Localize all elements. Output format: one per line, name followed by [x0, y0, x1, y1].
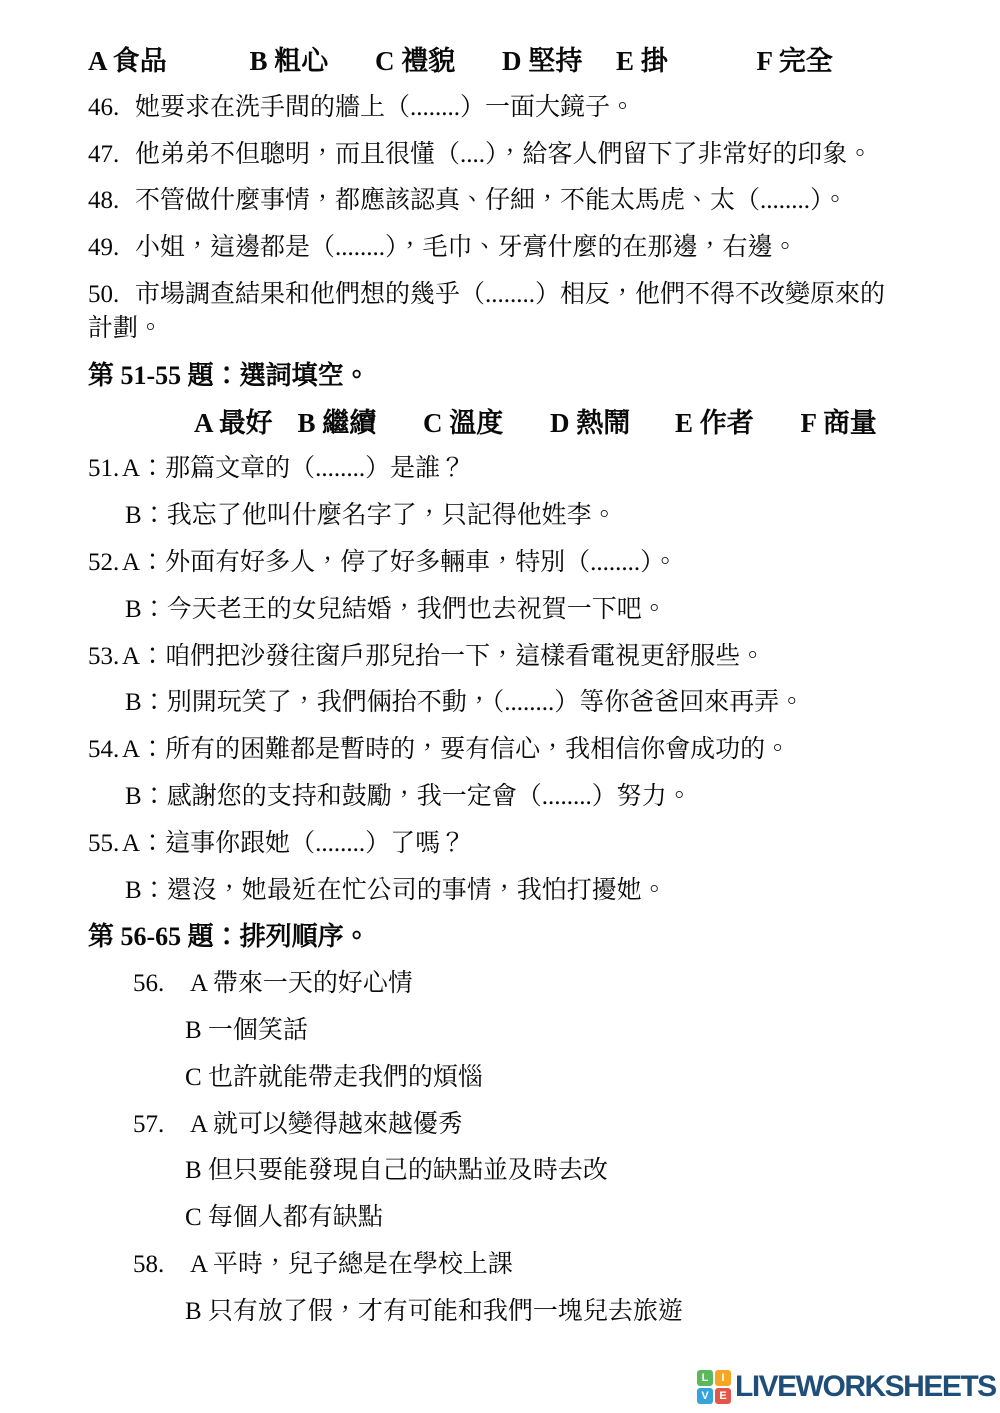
- question-number: 57.: [133, 1108, 190, 1142]
- option-text: C 也許就能帶走我們的煩惱: [185, 1064, 483, 1091]
- word-bank-option-a: A 食品: [88, 44, 167, 78]
- question-56-option-a: 56.A 帶來一天的好心情: [133, 967, 993, 1001]
- dialogue-text: 別開玩笑了，我們倆抬不動，（........）等你爸爸回來再弄。: [167, 689, 805, 716]
- question-46: 46.她要求在洗手間的牆上（........）一面大鏡子。: [88, 91, 948, 125]
- option-text: A 就可以變得越來越優秀: [190, 1111, 463, 1138]
- word-bank-option-c: C 禮貌: [375, 44, 455, 78]
- question-number: 51.: [88, 452, 122, 486]
- speaker-b-label: B：: [125, 596, 167, 623]
- speaker-b-label: B：: [125, 877, 167, 904]
- dialogue-text: 還沒，她最近在忙公司的事情，我怕打擾她。: [167, 877, 667, 904]
- option-text: B 但只要能發現自己的缺點並及時去改: [185, 1157, 608, 1184]
- liveworksheets-wordmark: LIVEWORKSHEETS: [735, 1370, 996, 1404]
- option-text: A 帶來一天的好心情: [190, 970, 413, 997]
- question-number: 48.: [88, 184, 135, 218]
- question-number: 55.: [88, 827, 122, 861]
- option-text: A 平時，兒子總是在學校上課: [190, 1251, 513, 1278]
- question-57-option-b: B 但只要能發現自己的缺點並及時去改: [185, 1154, 1000, 1188]
- question-52-line-b: B：今天老王的女兒結婚，我們也去祝賀一下吧。: [125, 593, 985, 627]
- question-58-option-b: B 只有放了假，才有可能和我們一塊兒去旅遊: [185, 1295, 1000, 1329]
- question-number: 56.: [133, 967, 190, 1001]
- speaker-a-label: A：: [122, 643, 165, 670]
- logo-square-e: E: [715, 1388, 731, 1404]
- question-number: 54.: [88, 733, 122, 767]
- question-53-line-a: 53.A：咱們把沙發往窗戶那兒抬一下，這樣看電視更舒服些。: [88, 640, 948, 674]
- logo-square-l: L: [697, 1370, 713, 1386]
- question-50: 50.市場調查結果和他們想的幾乎（........）相反，他們不得不改變原來的: [88, 278, 948, 312]
- speaker-a-label: A：: [122, 736, 165, 763]
- question-49: 49.小姐，這邊都是（........），毛巾、牙膏什麼的在那邊，右邊。: [88, 231, 948, 265]
- worksheet-content: A 食品 B 粗心 C 禮貌 D 堅持 E 掛 F 完全 46.她要求在洗手間的…: [0, 44, 1000, 1342]
- dialogue-text: 我忘了他叫什麼名字了，只記得他姓李。: [167, 502, 617, 529]
- dialogue-text: 感謝您的支持和鼓勵，我一定會（........）努力。: [167, 783, 692, 810]
- speaker-b-label: B：: [125, 783, 167, 810]
- question-48: 48.不管做什麼事情，都應該認真、仔細，不能太馬虎、太（........）。: [88, 184, 948, 218]
- question-47: 47.他弟弟不但聰明，而且很懂（....），給客人們留下了非常好的印象。: [88, 138, 948, 172]
- section-56-65-header: 第 56-65 題：排列順序。: [88, 920, 948, 954]
- speaker-a-label: A：: [122, 549, 165, 576]
- option-text: B 一個笑話: [185, 1017, 308, 1044]
- question-51-line-b: B：我忘了他叫什麼名字了，只記得他姓李。: [125, 499, 985, 533]
- question-56-option-c: C 也許就能帶走我們的煩惱: [185, 1061, 1000, 1095]
- question-text: 市場調查結果和他們想的幾乎（........）相反，他們不得不改變原來的: [135, 281, 885, 308]
- word-bank-option-d: D 堅持: [502, 44, 582, 78]
- liveworksheets-logo[interactable]: L I V E LIVEWORKSHEETS: [697, 1370, 996, 1404]
- question-number: 58.: [133, 1248, 190, 1282]
- dialogue-text: 這事你跟她（........）了嗎？: [165, 830, 465, 857]
- word-bank-51-55: A 最好 B 繼續 C 溫度 D 熱鬧 E 作者 F 商量: [194, 406, 1000, 440]
- word-bank-option-b: B 粗心: [250, 44, 329, 78]
- liveworksheets-grid-icon: L I V E: [697, 1370, 731, 1404]
- word-bank-46-50: A 食品 B 粗心 C 禮貌 D 堅持 E 掛 F 完全: [88, 44, 948, 78]
- question-57-option-a: 57.A 就可以變得越來越優秀: [133, 1108, 993, 1142]
- speaker-a-label: A：: [122, 830, 165, 857]
- worksheet-page: A 食品 B 粗心 C 禮貌 D 堅持 E 掛 F 完全 46.她要求在洗手間的…: [0, 0, 1000, 1413]
- question-number: 50.: [88, 278, 135, 312]
- dialogue-text: 外面有好多人，停了好多輛車，特別（........）。: [165, 549, 678, 576]
- question-50-continued: 計劃。: [88, 312, 948, 346]
- word-bank-option-f: F 完全: [757, 44, 833, 78]
- dialogue-text: 今天老王的女兒結婚，我們也去祝賀一下吧。: [167, 596, 667, 623]
- question-text: 計劃。: [88, 315, 163, 342]
- logo-square-v: V: [697, 1388, 713, 1404]
- question-52-line-a: 52.A：外面有好多人，停了好多輛車，特別（........）。: [88, 546, 948, 580]
- speaker-a-label: A：: [122, 455, 165, 482]
- question-number: 47.: [88, 138, 135, 172]
- question-text: 不管做什麼事情，都應該認真、仔細，不能太馬虎、太（........）。: [135, 187, 848, 214]
- question-text: 他弟弟不但聰明，而且很懂（....），給客人們留下了非常好的印象。: [135, 141, 873, 168]
- word-bank-option-c: C 溫度: [423, 406, 503, 440]
- question-number: 46.: [88, 91, 135, 125]
- section-51-55-header: 第 51-55 題：選詞填空。: [88, 359, 948, 393]
- word-bank-option-e: E 掛: [616, 44, 668, 78]
- word-bank-option-b: B 繼續: [298, 406, 377, 440]
- question-57-option-c: C 每個人都有缺點: [185, 1201, 1000, 1235]
- word-bank-option-f: F 商量: [801, 406, 877, 440]
- question-53-line-b: B：別開玩笑了，我們倆抬不動，（........）等你爸爸回來再弄。: [125, 686, 985, 720]
- question-number: 49.: [88, 231, 135, 265]
- dialogue-text: 咱們把沙發往窗戶那兒抬一下，這樣看電視更舒服些。: [165, 643, 765, 670]
- dialogue-text: 所有的困難都是暫時的，要有信心，我相信你會成功的。: [165, 736, 790, 763]
- option-text: B 只有放了假，才有可能和我們一塊兒去旅遊: [185, 1298, 683, 1325]
- question-51-line-a: 51.A：那篇文章的（........）是誰？: [88, 452, 948, 486]
- logo-square-i: I: [715, 1370, 731, 1386]
- word-bank-option-e: E 作者: [675, 406, 754, 440]
- question-58-option-a: 58.A 平時，兒子總是在學校上課: [133, 1248, 993, 1282]
- question-text: 小姐，這邊都是（........），毛巾、牙膏什麼的在那邊，右邊。: [135, 234, 798, 261]
- question-54-line-b: B：感謝您的支持和鼓勵，我一定會（........）努力。: [125, 780, 985, 814]
- word-bank-option-a: A 最好: [194, 406, 273, 440]
- question-text: 她要求在洗手間的牆上（........）一面大鏡子。: [135, 94, 635, 121]
- speaker-b-label: B：: [125, 689, 167, 716]
- question-56-option-b: B 一個笑話: [185, 1014, 1000, 1048]
- word-bank-option-d: D 熱鬧: [550, 406, 630, 440]
- question-55-line-a: 55.A：這事你跟她（........）了嗎？: [88, 827, 948, 861]
- dialogue-text: 那篇文章的（........）是誰？: [165, 455, 465, 482]
- question-55-line-b: B：還沒，她最近在忙公司的事情，我怕打擾她。: [125, 874, 985, 908]
- option-text: C 每個人都有缺點: [185, 1204, 383, 1231]
- question-number: 53.: [88, 640, 122, 674]
- question-54-line-a: 54.A：所有的困難都是暫時的，要有信心，我相信你會成功的。: [88, 733, 948, 767]
- speaker-b-label: B：: [125, 502, 167, 529]
- question-number: 52.: [88, 546, 122, 580]
